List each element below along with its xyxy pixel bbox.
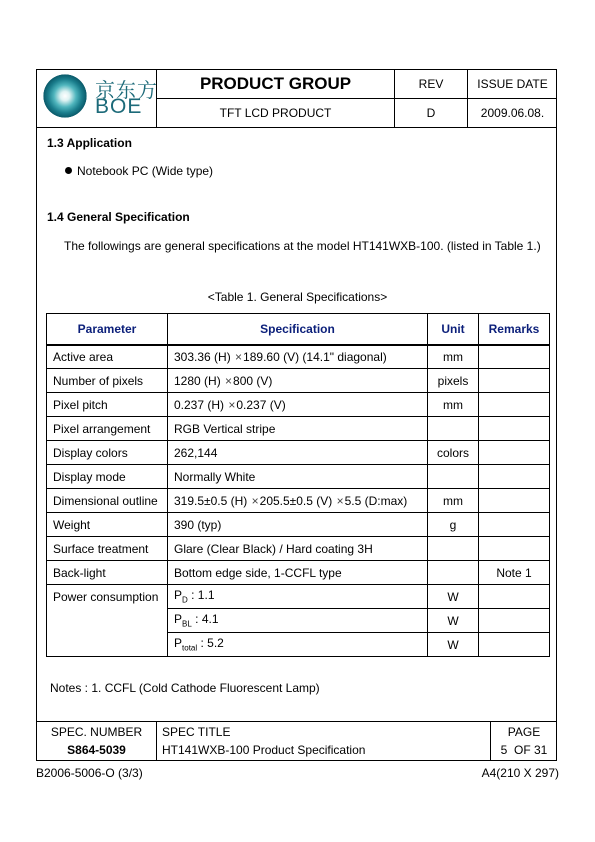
cell-remarks — [479, 609, 550, 633]
power-value: : 4.1 — [195, 612, 218, 626]
cell-spec: Ptotal : 5.2 — [168, 633, 428, 657]
footer-top-rule — [36, 721, 557, 722]
cell-unit: g — [428, 513, 479, 537]
general-spec-table: Parameter Specification Unit Remarks Act… — [46, 313, 550, 657]
times-symbol: × — [228, 398, 235, 412]
cell-spec: Bottom edge side, 1-CCFL type — [168, 561, 428, 585]
cell-spec: 262,144 — [168, 441, 428, 465]
power-value: : 5.2 — [200, 636, 223, 650]
cell-remarks — [479, 489, 550, 513]
cell-parameter: Back-light — [47, 561, 168, 585]
general-spec-intro: The followings are general specification… — [64, 239, 541, 253]
cell-parameter: Weight — [47, 513, 168, 537]
cell-remarks — [479, 393, 550, 417]
power-value: : 1.1 — [191, 588, 214, 602]
header-bottom-rule — [36, 127, 557, 128]
table-row: Display modeNormally White — [47, 465, 550, 489]
issue-date-label: ISSUE DATE — [468, 70, 557, 98]
table-row: Weight390 (typ)g — [47, 513, 550, 537]
times-symbol: × — [235, 350, 242, 364]
spec-number-value: S864-5039 — [37, 743, 156, 757]
spec-number-label: SPEC. NUMBER — [37, 725, 156, 739]
cell-spec: 0.237 (H) ×0.237 (V) — [168, 393, 428, 417]
cell-spec: 1280 (H) ×800 (V) — [168, 369, 428, 393]
cell-spec: Glare (Clear Black) / Hard coating 3H — [168, 537, 428, 561]
cell-unit: colors — [428, 441, 479, 465]
cell-remarks — [479, 345, 550, 369]
cell-unit: mm — [428, 489, 479, 513]
cell-remarks — [479, 585, 550, 609]
cell-remarks — [479, 633, 550, 657]
cell-unit: W — [428, 609, 479, 633]
power-symbol: P — [174, 636, 182, 650]
section-heading-application: 1.3 Application — [47, 136, 132, 150]
cell-spec: RGB Vertical stripe — [168, 417, 428, 441]
table-row: Pixel pitch0.237 (H) ×0.237 (V)mm — [47, 393, 550, 417]
table-row: Dimensional outline319.5±0.5 (H) ×205.5±… — [47, 489, 550, 513]
cell-remarks — [479, 417, 550, 441]
cell-spec: 390 (typ) — [168, 513, 428, 537]
cell-spec: 303.36 (H) ×189.60 (V) (14.1" diagonal) — [168, 345, 428, 369]
cell-unit: pixels — [428, 369, 479, 393]
times-symbol: × — [337, 494, 344, 508]
cell-spec: Normally White — [168, 465, 428, 489]
cell-parameter: Pixel arrangement — [47, 417, 168, 441]
spec-title-value: HT141WXB-100 Product Specification — [162, 743, 365, 757]
cell-remarks — [479, 441, 550, 465]
cell-remarks — [479, 369, 550, 393]
table-row: Number of pixels1280 (H) ×800 (V)pixels — [47, 369, 550, 393]
document-product-line: TFT LCD PRODUCT — [157, 99, 394, 127]
column-header-remarks: Remarks — [479, 314, 550, 345]
document-group-title: PRODUCT GROUP — [157, 70, 394, 98]
table-caption: <Table 1. General Specifications> — [46, 290, 549, 304]
rev-label: REV — [395, 70, 467, 98]
power-subscript: total — [182, 644, 197, 653]
page-label: PAGE — [491, 725, 557, 739]
spec-title-label: SPEC TITLE — [162, 725, 230, 739]
table-row: Back-lightBottom edge side, 1-CCFL typeN… — [47, 561, 550, 585]
cell-remarks — [479, 465, 550, 489]
power-subscript: D — [182, 596, 188, 605]
table-row: Surface treatmentGlare (Clear Black) / H… — [47, 537, 550, 561]
form-code: B2006-5006-O (3/3) — [36, 766, 143, 780]
cell-parameter: Number of pixels — [47, 369, 168, 393]
logo-brand-text: BOE — [95, 95, 142, 119]
cell-remarks — [479, 513, 550, 537]
table-row: Display colors262,144colors — [47, 441, 550, 465]
table-row-power: Power consumption PD : 1.1 W — [47, 585, 550, 609]
boe-logo-icon — [42, 73, 88, 119]
issue-date-value: 2009.06.08. — [468, 99, 557, 127]
times-symbol: × — [225, 374, 232, 388]
cell-unit — [428, 561, 479, 585]
cell-parameter: Active area — [47, 345, 168, 369]
power-symbol: P — [174, 612, 182, 626]
power-subscript: BL — [182, 620, 192, 629]
footer-divider — [156, 721, 157, 761]
column-header-parameter: Parameter — [47, 314, 168, 345]
cell-spec: PD : 1.1 — [168, 585, 428, 609]
cell-unit: mm — [428, 345, 479, 369]
cell-unit: mm — [428, 393, 479, 417]
table-row: Active area303.36 (H) ×189.60 (V) (14.1"… — [47, 345, 550, 369]
column-header-specification: Specification — [168, 314, 428, 345]
application-bullet-item: Notebook PC (Wide type) — [65, 164, 213, 178]
cell-parameter: Surface treatment — [47, 537, 168, 561]
cell-parameter: Dimensional outline — [47, 489, 168, 513]
cell-unit: W — [428, 633, 479, 657]
times-symbol: × — [252, 494, 259, 508]
cell-unit — [428, 417, 479, 441]
cell-parameter: Display mode — [47, 465, 168, 489]
cell-remarks: Note 1 — [479, 561, 550, 585]
cell-spec: PBL : 4.1 — [168, 609, 428, 633]
cell-parameter: Power consumption — [47, 585, 168, 657]
table-notes: Notes : 1. CCFL (Cold Cathode Fluorescen… — [50, 681, 320, 695]
paper-size: A4(210 X 297) — [482, 766, 559, 780]
bullet-icon — [65, 167, 72, 174]
page-number: 5 OF 31 — [491, 743, 557, 757]
column-header-unit: Unit — [428, 314, 479, 345]
cell-unit — [428, 465, 479, 489]
cell-unit — [428, 537, 479, 561]
cell-parameter: Display colors — [47, 441, 168, 465]
cell-remarks — [479, 537, 550, 561]
application-bullet-text: Notebook PC (Wide type) — [77, 164, 213, 178]
cell-unit: W — [428, 585, 479, 609]
cell-spec: 319.5±0.5 (H) ×205.5±0.5 (V) ×5.5 (D:max… — [168, 489, 428, 513]
rev-value: D — [395, 99, 467, 127]
table-header-row: Parameter Specification Unit Remarks — [47, 314, 550, 345]
power-symbol: P — [174, 588, 182, 602]
cell-parameter: Pixel pitch — [47, 393, 168, 417]
section-heading-general-spec: 1.4 General Specification — [47, 210, 190, 224]
table-row: Pixel arrangementRGB Vertical stripe — [47, 417, 550, 441]
